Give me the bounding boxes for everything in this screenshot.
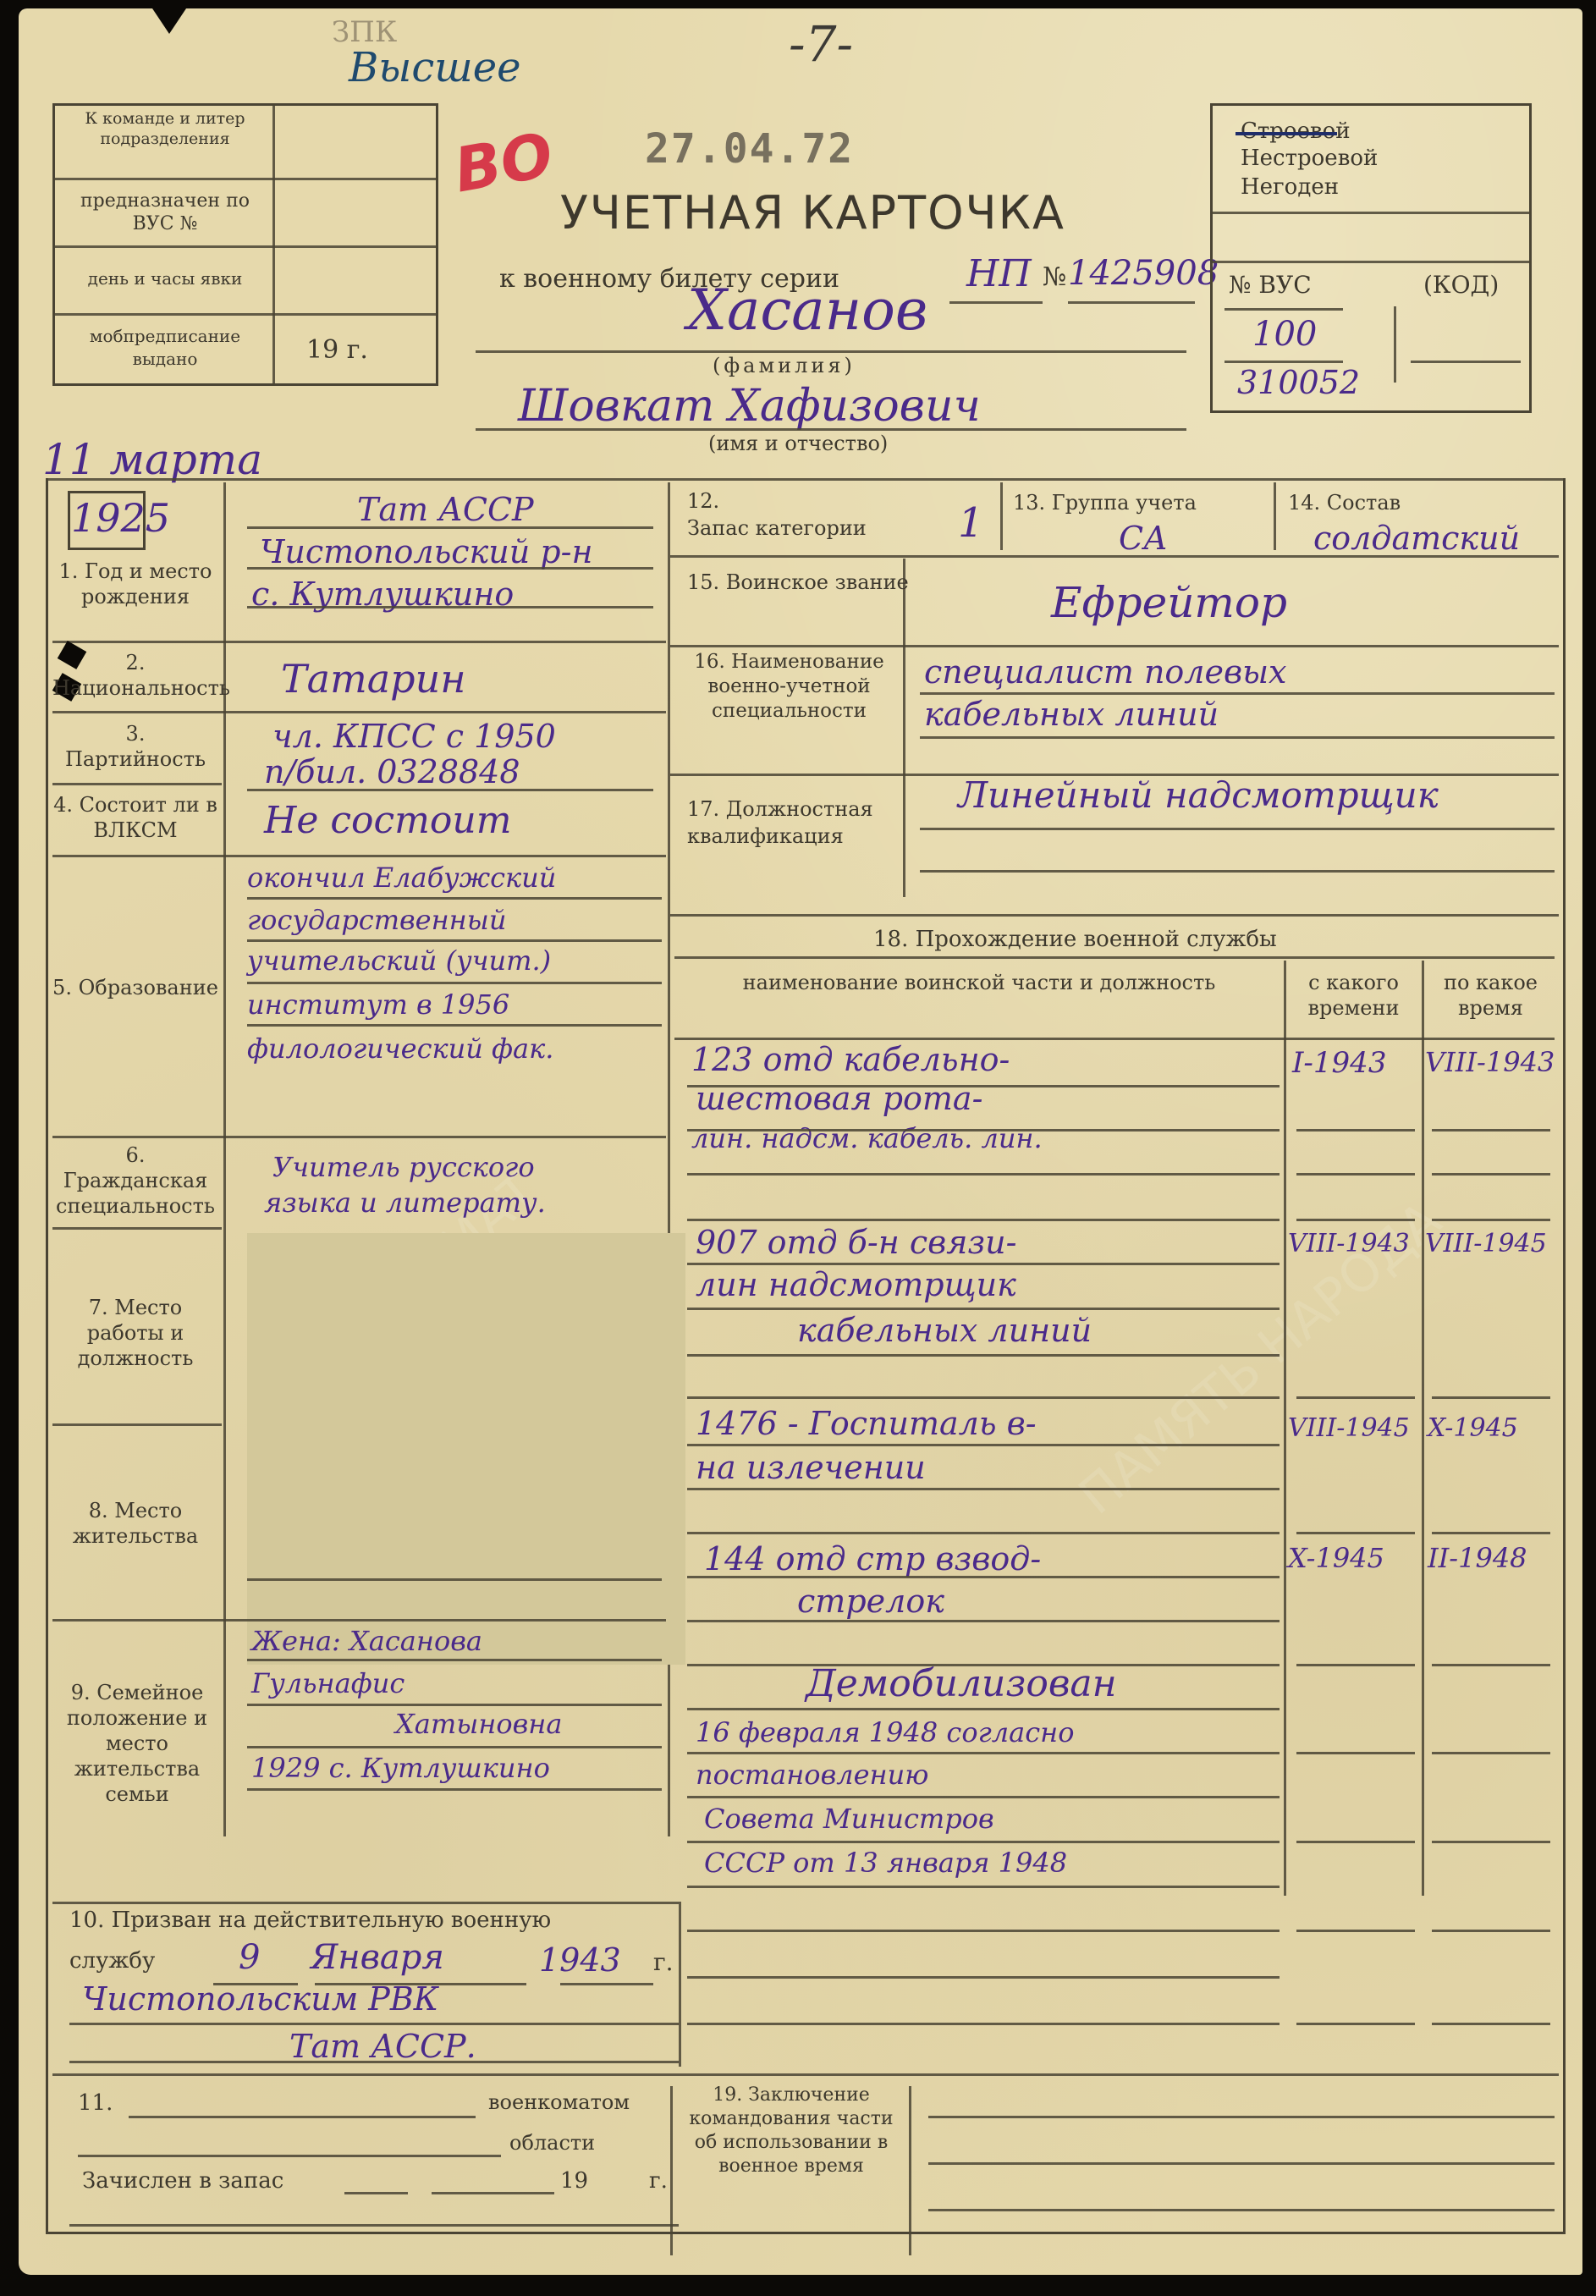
label-field-12-num: 12. [687, 489, 719, 513]
fitness-unfit: Негоден [1241, 174, 1339, 200]
education-note: Высшее [349, 44, 521, 91]
strike-line [1236, 132, 1337, 135]
service-entry-1-line-1: 123 отд кабельно- [691, 1041, 1010, 1078]
civil-specialty-line-1: Учитель русского [272, 1151, 535, 1183]
label-birth: 1. Год и место рождения [52, 559, 218, 609]
birth-place-line-2: Чистопольский р-н [260, 533, 592, 570]
label-residence: 8. Место жительства [52, 1498, 218, 1549]
education-line-2: государственный [247, 904, 506, 936]
conscription-office-line-1: Чистопольским РВК [82, 1980, 438, 2018]
surname: Хасанов [687, 278, 927, 343]
conscription-month: Января [311, 1938, 444, 1977]
label-field-11: 11. [78, 2090, 113, 2116]
komsomol-value: Не состоит [264, 802, 511, 840]
demob-line-3: постановлению [696, 1759, 928, 1791]
service-entry-2-line-3: кабельных линий [797, 1312, 1092, 1349]
fitness-nonline: Нестроевой [1241, 146, 1378, 171]
rank-value: Ефрейтор [1051, 584, 1287, 621]
label-composition: 14. Состав [1288, 491, 1401, 515]
label-rank: 15. Воинское звание [687, 569, 909, 596]
mob-year-field: 19 г. [306, 335, 368, 365]
page-number: -7- [789, 15, 853, 73]
service-entry-4-line-2: стрелок [797, 1583, 944, 1620]
composition-value: солдатский [1313, 520, 1520, 557]
label-reserve-category: Запас категории [687, 516, 867, 540]
service-entry-2-line-1: 907 отд б-н связи- [696, 1224, 1016, 1261]
header-label-unit: К команде и литер подразделения [59, 108, 271, 149]
vus-value: 100 [1252, 315, 1317, 354]
nationality-value: Татарин [281, 660, 466, 697]
code-value: 310052 [1237, 364, 1360, 401]
birth-place-line-1: Тат АССР [357, 491, 534, 528]
service-entry-3-to: X-1945 [1428, 1413, 1518, 1443]
service-entry-2-from: VIII-1943 [1288, 1229, 1410, 1258]
service-entry-4-line-1: 144 отд стр взвод- [704, 1540, 1041, 1577]
label-qualification: 17. Должностная квалификация [687, 796, 907, 850]
redacted-area [247, 1233, 685, 1665]
reserve-year-suffix: г. [649, 2168, 668, 2194]
service-col-unit: наименование воинской части и должность [687, 970, 1271, 995]
education-line-4: институт в 1956 [247, 988, 509, 1021]
reserve-category-value: 1 [958, 499, 984, 547]
service-title: 18. Прохождение военной службы [873, 927, 1277, 952]
reserve-year: 19 [560, 2168, 588, 2194]
demob-line-4: Совета Министров [704, 1803, 994, 1835]
family-line-4: 1929 с. Кутлушкино [251, 1752, 550, 1784]
service-col-from: с какого времени [1288, 970, 1419, 1021]
birth-year: 1925 [71, 495, 170, 541]
qualification-value: Линейный надсмотрщик [958, 777, 1439, 814]
label-voenkomat: военкоматом [488, 2090, 630, 2114]
header-label-vus: предназначен по ВУС № [59, 190, 271, 235]
service-entry-4-from: X-1945 [1288, 1542, 1384, 1574]
education-line-3: учительский (учит.) [247, 944, 551, 977]
party-line-2: п/бил. 0328848 [264, 753, 520, 790]
label-nationality: 2. Национальность [52, 650, 218, 701]
header-label-mob: мобпредписание выдано [59, 325, 271, 371]
service-entry-1-to: VIII-1943 [1425, 1046, 1555, 1078]
name-caption: (имя и отчество) [708, 432, 888, 455]
service-entry-2-to: VIII-1945 [1425, 1229, 1547, 1258]
education-line-1: окончил Елабужский [247, 862, 556, 894]
registration-card: ВОЕНКОМАТ ПАМЯТЬ НАРОДА ЗПК Высшее -7- В… [19, 8, 1582, 2275]
label-mil-specialty: 16. Наименование военно-учетной специаль… [677, 650, 901, 724]
label-education: 5. Образование [52, 975, 218, 1000]
service-entry-1-from: I-1943 [1292, 1046, 1386, 1080]
red-mark: ВО [449, 119, 559, 206]
conscription-year-suffix: г. [653, 1948, 674, 1976]
service-entry-2-line-2: лин надсмотрщик [696, 1266, 1016, 1303]
label-family: 9. Семейное положение и место жительства… [52, 1680, 222, 1807]
service-entry-3-line-1: 1476 - Госпиталь в- [696, 1405, 1037, 1442]
ticket-series: НП [966, 252, 1032, 295]
demob-line-1: Демобилизован [806, 1666, 1117, 1703]
card-notch [152, 8, 186, 34]
birth-day-note: 11 марта [42, 435, 262, 484]
card-title: УЧЕТНАЯ КАРТОЧКА [560, 186, 1065, 240]
header-label-arrival: день и часы явки [59, 267, 271, 290]
fitness-struck: Строевой [1241, 118, 1351, 144]
ticket-number: 1425908 [1068, 254, 1219, 293]
label-komsomol: 4. Состоит ли в ВЛКСМ [52, 792, 218, 843]
service-entry-3-from: VIII-1945 [1288, 1413, 1410, 1443]
label-conscripted: 10. Призван на действительную военную [69, 1908, 551, 1933]
number-label: № [1043, 262, 1066, 292]
service-entry-3-line-2: на излечении [696, 1449, 926, 1486]
label-conclusion: 19. Заключение командования части об исп… [677, 2084, 905, 2178]
code-label: (КОД) [1423, 271, 1499, 299]
party-line-1: чл. КПСС с 1950 [272, 718, 556, 755]
account-group-value: СА [1119, 520, 1168, 557]
label-civil-specialty: 6. Гражданская специальность [52, 1142, 218, 1219]
demob-line-5: СССР от 13 января 1948 [704, 1847, 1067, 1879]
family-line-2: Гульнафис [251, 1667, 405, 1699]
family-line-3: Хатыновна [395, 1708, 562, 1740]
service-entry-4-to: II-1948 [1428, 1542, 1527, 1574]
conscription-office-line-2: Тат АССР. [289, 2028, 476, 2065]
mil-specialty-line-2: кабельных линий [924, 696, 1219, 733]
demob-line-2: 16 февраля 1948 согласно [696, 1716, 1074, 1748]
label-party: 3. Партийность [52, 721, 218, 772]
date-stamp: 27.04.72 [645, 125, 854, 173]
label-oblast: области [509, 2131, 595, 2155]
label-service: службу [69, 1948, 155, 1974]
label-workplace: 7. Место работы и должность [52, 1295, 218, 1371]
mil-specialty-line-1: специалист полевых [924, 653, 1286, 691]
service-col-to: по какое время [1425, 970, 1556, 1021]
vus-label: № ВУС [1229, 271, 1312, 299]
conscription-day: 9 [239, 1938, 260, 1977]
surname-caption: (фамилия) [713, 354, 856, 377]
education-line-5: филологический фак. [247, 1032, 553, 1065]
name-patronymic: Шовкат Хафизович [518, 381, 981, 432]
family-line-1: Жена: Хасанова [251, 1625, 482, 1657]
label-reserve: Зачислен в запас [82, 2168, 283, 2194]
conscription-year: 1943 [539, 1941, 621, 1979]
service-entry-1-line-3: лин. надсм. кабель. лин. [691, 1122, 1043, 1154]
civil-specialty-line-2: языка и литерату. [264, 1187, 546, 1219]
label-account-group: 13. Группа учета [1013, 491, 1197, 515]
